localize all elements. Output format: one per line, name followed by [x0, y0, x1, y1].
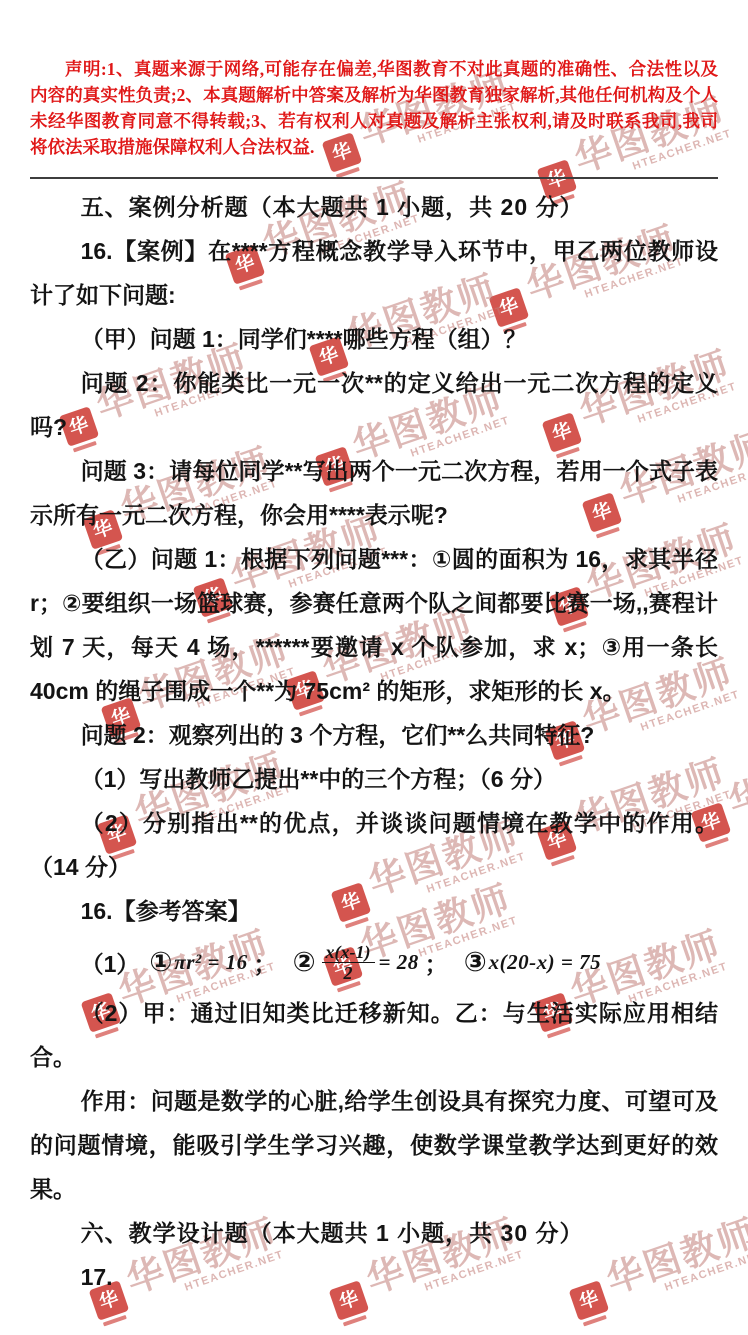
paragraph-answer-2: （2）甲：通过旧知类比迁移新知。乙：与生活实际应用相结合。 — [30, 991, 718, 1079]
divider-rule — [30, 177, 718, 179]
paragraph-q17: 17. — [30, 1255, 718, 1299]
formula-2-rhs: = 28 — [379, 950, 419, 975]
circled-2: ② — [293, 947, 316, 978]
disclaimer-label: 声明: — [65, 59, 107, 79]
paragraph-answer-role: 作用：问题是数学的心脏,给学生创设具有探究力度、可望可及的问题情境，能吸引学生学… — [30, 1079, 718, 1211]
formula-2-fraction: x(x-1) 2 — [322, 942, 375, 983]
fraction-denominator: 2 — [344, 963, 353, 983]
document-page: 声明:1、真题来源于网络,可能存在偏差,华图教育不对此真题的准确性、合法性以及内… — [0, 0, 748, 1299]
paragraph-teacher-b-q1: （乙）问题 1：根据下列问题***：①圆的面积为 16，求其半径 r；②要组织一… — [30, 537, 718, 713]
huatu-logo-caption-bar — [583, 1315, 607, 1327]
circled-3: ③ — [464, 947, 487, 978]
paragraph-teacher-a-q2: 问题 2：你能类比一元一次**的定义给出一元二次方程的定义吗? — [30, 361, 718, 449]
huatu-logo-caption-bar — [343, 1315, 367, 1327]
formula-1: πr² = 16 — [174, 950, 247, 975]
paragraph-teacher-b-q2: 问题 2：观察列出的 3 个方程，它们**么共同特征? — [30, 713, 718, 757]
paragraph-teacher-a-q1: （甲）问题 1：同学们****哪些方程（组）？ — [30, 317, 718, 361]
circled-1: ① — [149, 947, 172, 978]
paragraph-answer-label: 16.【参考答案】 — [30, 889, 718, 933]
document-body: 五、案例分析题（本大题共 1 小题，共 20 分） 16.【案例】在****方程… — [30, 185, 718, 1299]
formula-separator-2: ； — [425, 946, 448, 979]
formula-line: （1） ① πr² = 16 ； ② x(x-1) 2 = 28 ； ③ x(2… — [30, 933, 718, 991]
section-heading-6: 六、教学设计题（本大题共 1 小题，共 30 分） — [30, 1211, 718, 1255]
huatu-logo-caption-bar — [103, 1315, 127, 1327]
formula-label: （1） — [81, 946, 140, 979]
paragraph-subquestion-2: （2）分别指出**的优点，并谈谈问题情境在教学中的作用。（14 分） — [30, 801, 718, 889]
formula-3: x(20-x) = 75 — [489, 950, 601, 975]
disclaimer-text: 1、真题来源于网络,可能存在偏差,华图教育不对此真题的准确性、合法性以及内容的真… — [30, 59, 718, 157]
paragraph-case-intro: 16.【案例】在****方程概念教学导入环节中，甲乙两位教师设计了如下问题: — [30, 229, 718, 317]
section-heading-5: 五、案例分析题（本大题共 1 小题，共 20 分） — [30, 185, 718, 229]
paragraph-subquestion-1: （1）写出教师乙提出**中的三个方程；（6 分） — [30, 757, 718, 801]
formula-separator: ； — [254, 946, 277, 979]
disclaimer: 声明:1、真题来源于网络,可能存在偏差,华图教育不对此真题的准确性、合法性以及内… — [30, 56, 718, 160]
paragraph-teacher-a-q3: 问题 3：请每位同学**写出两个一元二次方程，若用一个式子表示所有一元二次方程，… — [30, 449, 718, 537]
fraction-numerator: x(x-1) — [322, 942, 375, 963]
